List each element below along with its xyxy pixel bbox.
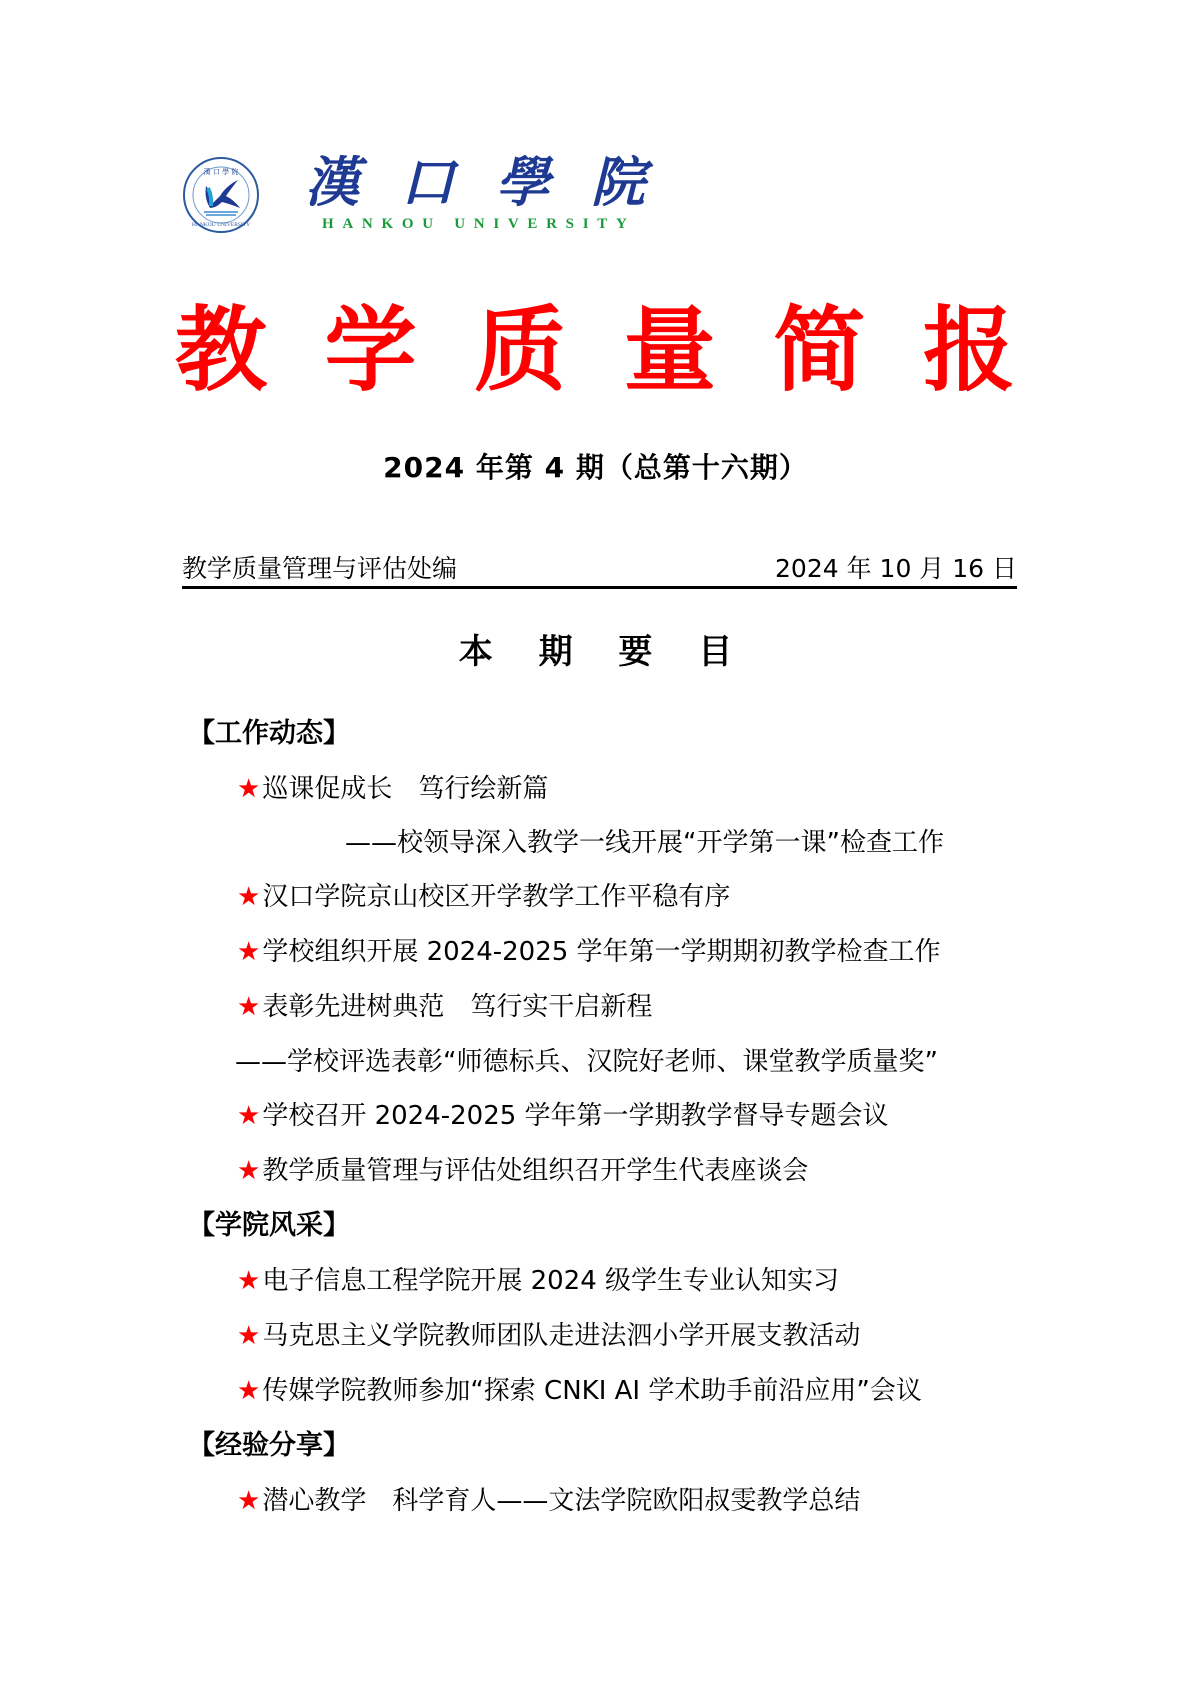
star-icon: ★ — [237, 937, 260, 967]
toc-item-subtitle[interactable]: ——学校评选表彰“师德标兵、汉院好老师、课堂教学质量奖” — [235, 1042, 938, 1082]
toc-item[interactable]: ★电子信息工程学院开展 2024 级学生专业认知实习 — [237, 1261, 839, 1301]
toc-item[interactable]: ★汉口学院京山校区开学教学工作平稳有序 — [237, 877, 730, 917]
logo-letter: U — [422, 216, 433, 232]
title-char: 学 — [325, 295, 417, 405]
toc-item[interactable]: ★潜心教学 科学育人——文法学院欧阳叔雯教学总结 — [237, 1481, 860, 1521]
logo-letter: N — [474, 216, 485, 232]
logo-letter: V — [508, 216, 519, 232]
star-icon: ★ — [237, 1101, 260, 1131]
title-char: 质 — [474, 295, 566, 405]
toc-item-text: 巡课促成长 笃行绘新篇 — [262, 774, 548, 804]
logo-letter: A — [342, 216, 353, 232]
toc-item-text: 表彰先进树典范 笃行实干启新程 — [262, 992, 652, 1022]
title-char: 报 — [923, 295, 1015, 405]
toc-item-text: 汉口学院京山校区开学教学工作平稳有序 — [262, 882, 730, 912]
toc-item[interactable]: ★巡课促成长 笃行绘新篇 — [237, 769, 548, 809]
logo-letter: N — [362, 216, 373, 232]
star-icon: ★ — [237, 882, 260, 912]
toc-item[interactable]: ★传媒学院教师参加“探索 CNKI AI 学术助手前沿应用”会议 — [237, 1371, 922, 1411]
toc-item[interactable]: ★表彰先进树典范 笃行实干启新程 — [237, 987, 652, 1027]
logo-letter: I — [493, 216, 499, 232]
title-char: 教 — [175, 295, 267, 405]
logo-letter: E — [527, 216, 537, 232]
star-icon: ★ — [237, 1376, 260, 1406]
svg-text:漢 口 學 院: 漢 口 學 院 — [204, 167, 239, 176]
title-char: 简 — [773, 295, 865, 405]
section-heading-experience-sharing: 【经验分享】 — [188, 1426, 350, 1466]
logo-letter: U — [454, 216, 465, 232]
toc-title-char: 目 — [698, 628, 732, 676]
hankou-university-seal-icon: 漢 口 學 院 HANKOU UNIVERSITY — [182, 156, 260, 234]
star-icon: ★ — [237, 1156, 260, 1186]
toc-item-text: 马克思主义学院教师团队走进法泗小学开展支教活动 — [262, 1321, 860, 1351]
logo-letter: H — [322, 216, 334, 232]
logo-letter-gap — [442, 216, 446, 232]
logo-letter: K — [381, 216, 393, 232]
toc-item-text: 传媒学院教师参加“探索 CNKI AI 学术助手前沿应用”会议 — [262, 1376, 922, 1406]
toc-title: 本 期 要 目 — [0, 628, 1191, 676]
logo-letter: Y — [616, 216, 627, 232]
logo-letter: I — [583, 216, 589, 232]
title-char: 量 — [624, 295, 716, 405]
logo-char: 院 — [591, 150, 645, 214]
publish-date: 2024 年 10 月 16 日 — [775, 552, 1017, 586]
section-heading-college-showcase: 【学院风采】 — [188, 1206, 350, 1246]
toc-item-text: 教学质量管理与评估处组织召开学生代表座谈会 — [262, 1156, 808, 1186]
logo-char: 口 — [400, 150, 454, 214]
toc-item-text: 电子信息工程学院开展 2024 级学生专业认知实习 — [262, 1266, 839, 1296]
toc-title-char: 本 — [459, 628, 493, 676]
logo-letter: T — [597, 216, 607, 232]
university-name-cn: 漢 口 學 院 — [305, 150, 645, 214]
toc-title-char: 要 — [618, 628, 652, 676]
logo-char: 漢 — [305, 150, 359, 214]
page-title: 教 学 质 量 简 报 — [175, 295, 1015, 405]
logo-letter: S — [566, 216, 574, 232]
toc-item[interactable]: ★马克思主义学院教师团队走进法泗小学开展支教活动 — [237, 1316, 860, 1356]
toc-item-text: 学校组织开展 2024-2025 学年第一学期期初教学检查工作 — [262, 937, 940, 967]
toc-item-subtitle[interactable]: ——校领导深入教学一线开展“开学第一课”检查工作 — [345, 823, 944, 863]
university-name-en: H A N K O U U N I V E R S I T Y — [322, 216, 627, 232]
logo-letter: O — [402, 216, 414, 232]
toc-item[interactable]: ★学校组织开展 2024-2025 学年第一学期期初教学检查工作 — [237, 932, 941, 972]
logo-char: 學 — [496, 150, 550, 214]
toc-item[interactable]: ★学校召开 2024-2025 学年第一学期教学督导专题会议 — [237, 1096, 889, 1136]
svg-text:HANKOU UNIVERSITY: HANKOU UNIVERSITY — [192, 222, 250, 228]
issue-number: 2024 年第 4 期（总第十六期） — [0, 448, 1191, 488]
section-heading-work-updates: 【工作动态】 — [188, 714, 350, 754]
toc-item-text: 潜心教学 科学育人——文法学院欧阳叔雯教学总结 — [262, 1486, 860, 1516]
star-icon: ★ — [237, 1321, 260, 1351]
toc-item[interactable]: ★教学质量管理与评估处组织召开学生代表座谈会 — [237, 1151, 808, 1191]
star-icon: ★ — [237, 774, 260, 804]
toc-title-char: 期 — [539, 628, 573, 676]
star-icon: ★ — [237, 1486, 260, 1516]
star-icon: ★ — [237, 992, 260, 1022]
logo-letter: R — [546, 216, 557, 232]
toc-item-text: 学校召开 2024-2025 学年第一学期教学督导专题会议 — [262, 1101, 888, 1131]
star-icon: ★ — [237, 1266, 260, 1296]
editor-date-row: 教学质量管理与评估处编 2024 年 10 月 16 日 — [182, 552, 1017, 589]
editor-label: 教学质量管理与评估处编 — [182, 552, 457, 586]
